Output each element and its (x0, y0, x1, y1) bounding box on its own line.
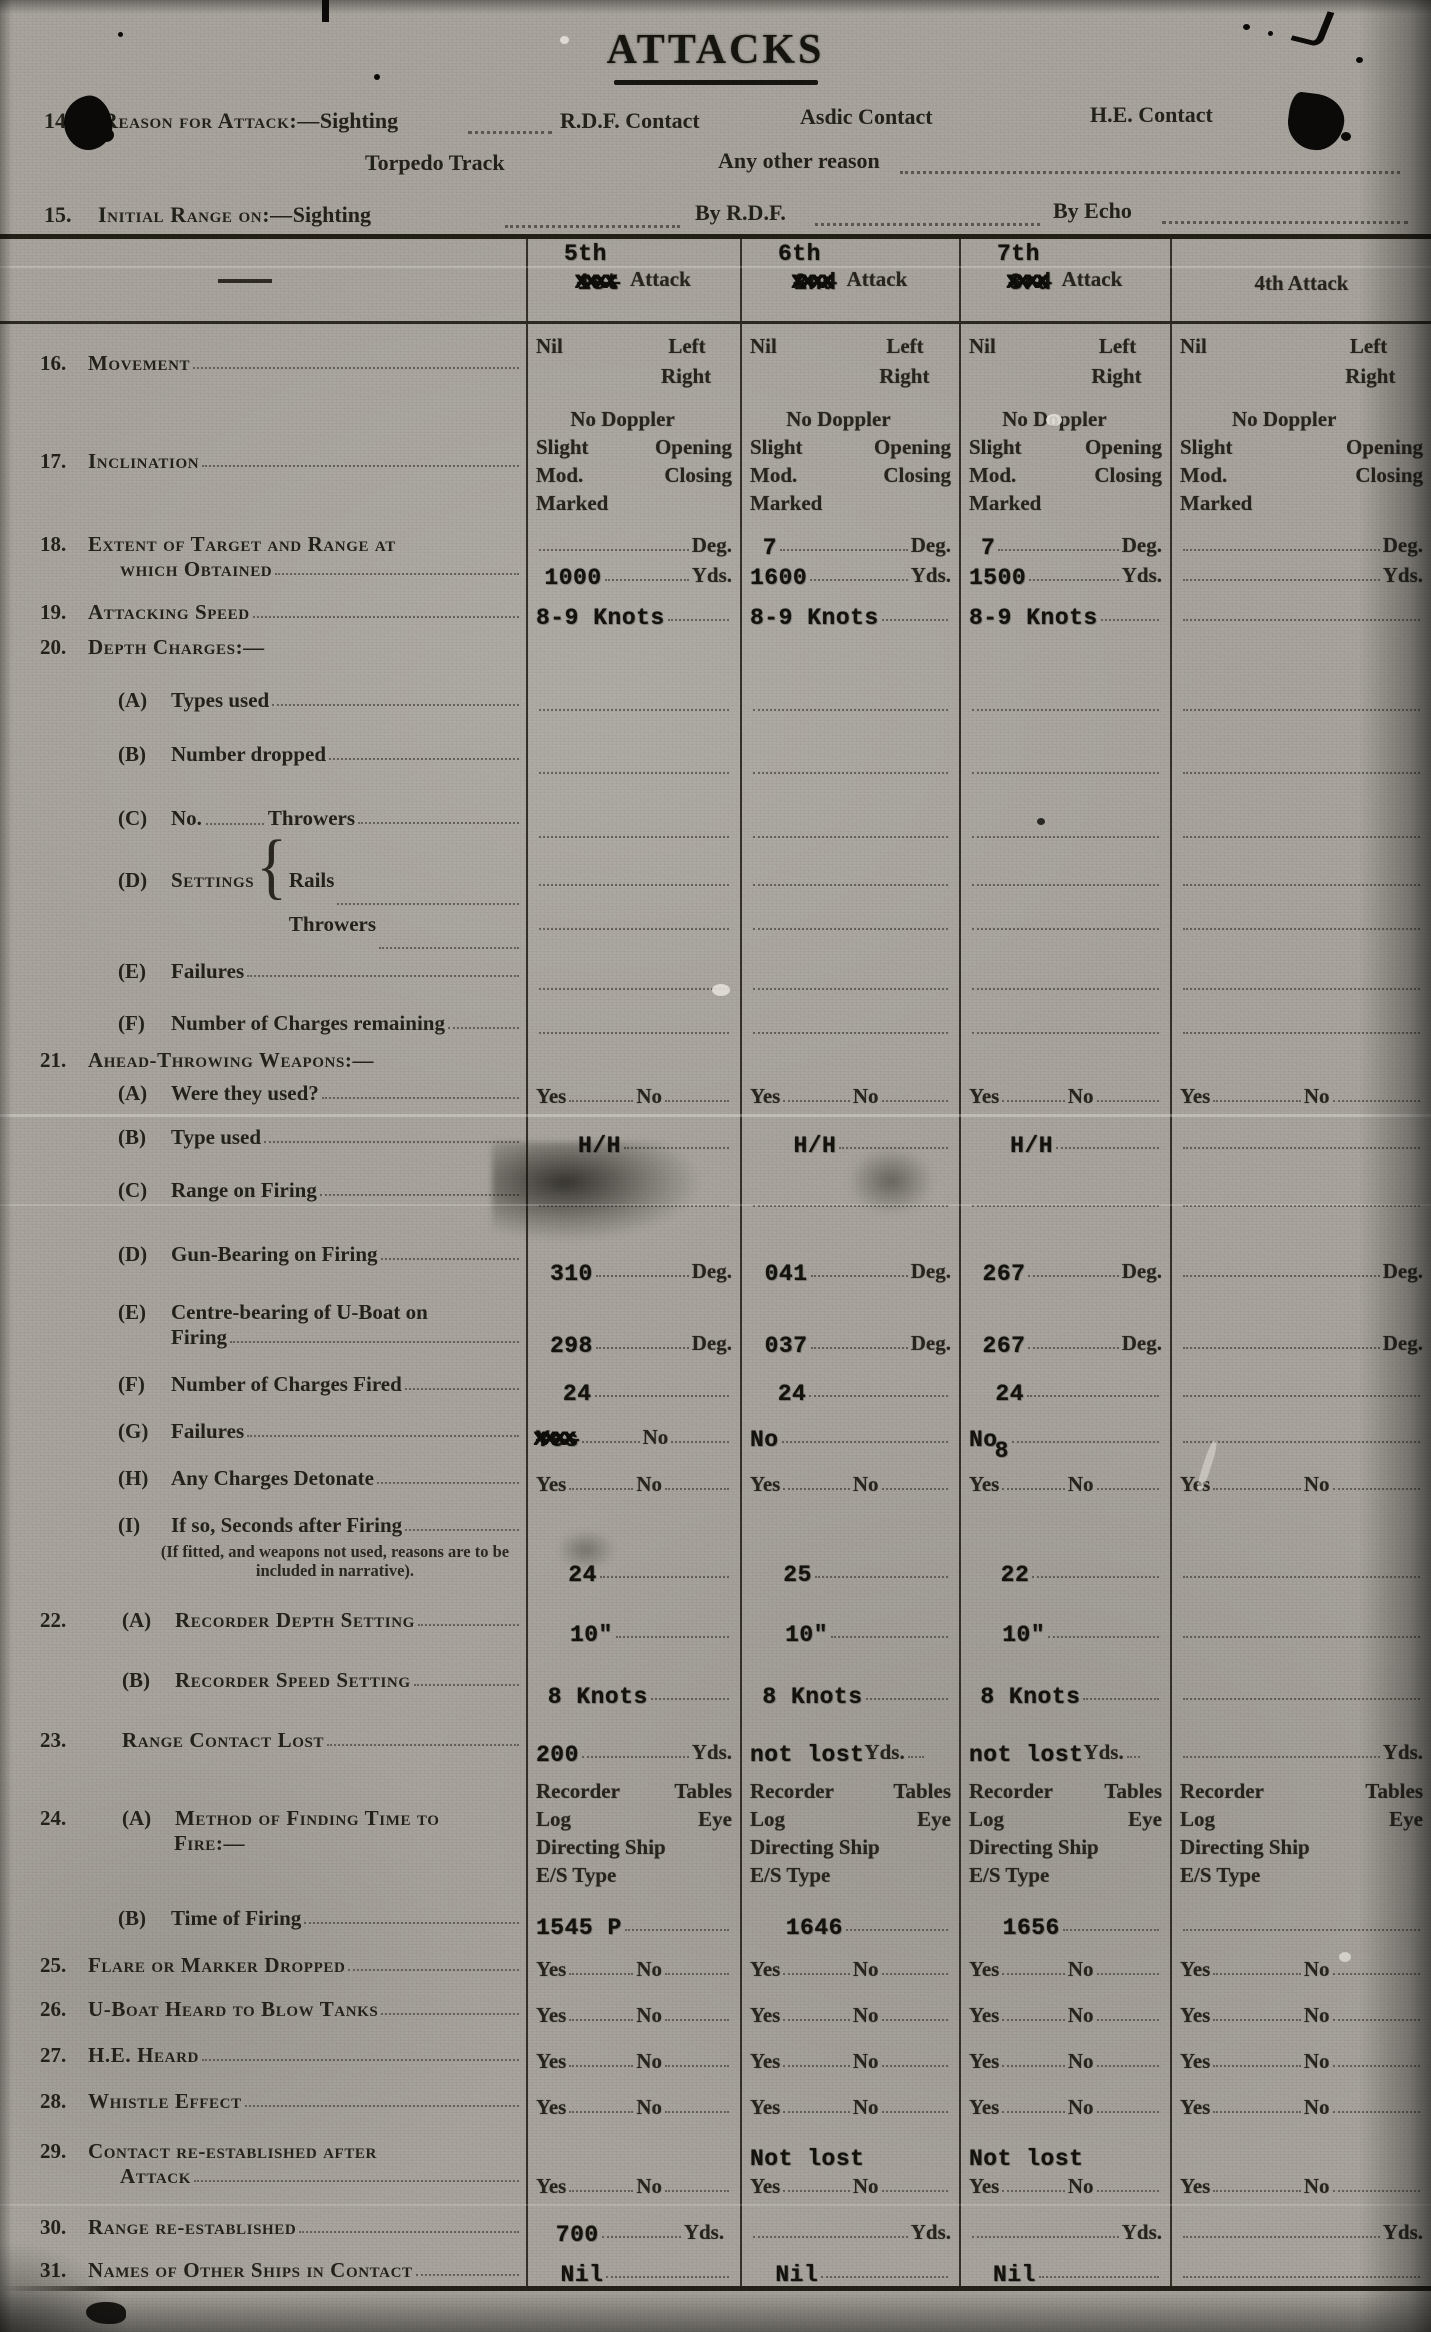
cell-line: NilLeft (1172, 329, 1431, 359)
table-bottom-border (0, 2286, 1431, 2291)
dotted-leader (1333, 1972, 1421, 1975)
dotted-leader (247, 1434, 519, 1437)
dotted-leader (1333, 2189, 1421, 2192)
cell-21i-col2: 25 (740, 1500, 959, 1588)
printed-option: Yes (750, 2049, 780, 2074)
label-line: (A)Were they used? (118, 1081, 522, 1106)
label-text: Types used (171, 688, 269, 713)
typed-value: 310 (550, 1261, 593, 1287)
row-label: 25.Flare or Marker Dropped (0, 1941, 526, 1985)
dotted-leader (245, 2104, 519, 2107)
form-row-s21: 21.Ahead-Throwing Weapons:— (0, 1044, 1431, 1072)
dotted-leader (416, 2273, 519, 2276)
typed-value: 24 (995, 1381, 1024, 1407)
cell-line (1172, 1374, 1431, 1404)
typed-value: 24 (778, 1381, 807, 1407)
label-text: H.E. Heard (88, 2043, 199, 2068)
printed-option: Directing Ship (969, 1835, 1099, 1860)
dotted-leader (972, 1031, 1159, 1034)
cell-18-col2: 7Deg.1600Yds. (740, 519, 959, 591)
cell-line: YesNo (742, 2169, 959, 2199)
cell-17-col4: No DopplerSlightOpeningMod.ClosingMarked (1170, 400, 1431, 520)
printed-option: No (636, 1472, 662, 1497)
dotted-leader (539, 548, 689, 551)
cell-line: Mod.Closing (528, 460, 740, 488)
cell-line: YesNo (742, 2044, 959, 2074)
dotted-leader (1333, 1099, 1421, 1102)
dotted-leader (866, 1697, 949, 1700)
row-number: 31. (40, 2258, 88, 2283)
cell-line: H/H (742, 1126, 959, 1156)
dotted-leader (275, 572, 519, 575)
dotted-leader (815, 1575, 948, 1578)
dotted-leader (972, 708, 1159, 711)
typed-value: 6th (778, 241, 821, 267)
cell-line: Nil (528, 2255, 740, 2285)
label-text: Movement (88, 351, 190, 376)
cell-s21-col1 (526, 1044, 740, 1072)
row-letter: (A) (118, 1081, 171, 1106)
cell-line: Yds. (961, 2215, 1170, 2245)
cell-line: 8-9 Knots (742, 598, 959, 628)
printed-option: Slight (750, 435, 803, 460)
dotted-leader (1183, 771, 1420, 774)
cell-25-col1: YesNo (526, 1941, 740, 1985)
printed-option: Deg. (692, 1259, 732, 1284)
printed-option: No (643, 1425, 669, 1450)
dotted-leader (582, 1755, 689, 1758)
row-number: 20. (40, 635, 88, 660)
typed-value: 8 Knots (980, 1684, 1080, 1710)
cell-line: YesNo (742, 1952, 959, 1982)
printed-option: E/S Type (536, 1863, 616, 1888)
cell-line: SlightOpening (1172, 432, 1431, 460)
dotted-leader (753, 987, 948, 990)
printed-option: No (1068, 2095, 1094, 2120)
dotted-leader (320, 1193, 519, 1196)
dotted-leader (582, 1440, 640, 1443)
typed-value: 267 (983, 1261, 1026, 1287)
cell-21f-col2: 24 (740, 1359, 959, 1407)
printed-option: No (1068, 2003, 1094, 2028)
cell-27-col1: YesNo (526, 2031, 740, 2077)
cell-22a-col2: 10" (740, 1588, 959, 1648)
settings-item: Rails (289, 868, 522, 912)
cell-21f-col4 (1170, 1359, 1431, 1407)
label-text: Names of Other Ships in Contact (88, 2258, 413, 2283)
cell-line: No Doppler (1172, 405, 1431, 433)
row-label: (H)Any Charges Detonate (0, 1453, 526, 1501)
printed-option: Tables (893, 1779, 951, 1804)
cell-21b-col4 (1170, 1112, 1431, 1160)
printed-option: Deg. (692, 1331, 732, 1356)
cell-20e-col1 (526, 940, 740, 1000)
cell-30-col4: Yds. (1170, 2202, 1431, 2248)
dotted-leader (753, 835, 948, 838)
cell-line (742, 893, 959, 937)
label-line: (F)Number of Charges Fired (118, 1372, 522, 1397)
dotted-leader (569, 2018, 633, 2021)
dotted-leader (1183, 1346, 1380, 1349)
label-line: (D)Gun-Bearing on Firing (118, 1242, 522, 1267)
printed-option: No (636, 2095, 662, 2120)
row-label: 22.(A)Recorder Depth Setting (0, 1588, 526, 1648)
typed-value: 267 (983, 1333, 1026, 1359)
row-letter: (C) (118, 806, 171, 831)
cell-line: Right (1172, 359, 1431, 389)
label-text: Range Contact Lost (122, 1728, 324, 1753)
printed-option: Left (886, 334, 923, 359)
cell-line: LogEye (528, 1804, 740, 1832)
paper-speck (1339, 1952, 1351, 1962)
cell-line: YesNo (1172, 1952, 1431, 1982)
dotted-leader (1048, 1635, 1159, 1638)
dotted-leader (606, 2275, 729, 2278)
printed-option: Deg. (1122, 1259, 1162, 1284)
form-row-19: 19.Attacking Speed8-9 Knots8-9 Knots8-9 … (0, 591, 1431, 631)
dotted-leader (539, 883, 729, 886)
cell-line: 24 (742, 1374, 959, 1404)
cell-line (1172, 1126, 1431, 1156)
dotted-leader (882, 2189, 949, 2192)
cell-line: Mod.Closing (742, 460, 959, 488)
cell-25-col4: YesNo (1170, 1941, 1431, 1985)
printed-option: No (1068, 1957, 1094, 1982)
label-line: 27.H.E. Heard (40, 2043, 522, 2068)
cell-line (528, 815, 740, 845)
dotted-leader (1183, 578, 1380, 581)
cell-20f-col4 (1170, 1000, 1431, 1044)
cell-17-col2: No DopplerSlightOpeningMod.ClosingMarked (740, 400, 959, 520)
cell-line (742, 1184, 959, 1214)
cell-20f-col3 (959, 1000, 1170, 1044)
cell-23-col1: 200Yds. (526, 1710, 740, 1768)
cell-21c-col1 (526, 1159, 740, 1217)
cell-20a-col4 (1170, 677, 1431, 721)
typed-value: 10" (1002, 1622, 1045, 1648)
printed-option: No (853, 2095, 879, 2120)
printed-option: Attack (847, 267, 908, 292)
cell-22b-col3: 8 Knots (959, 1648, 1170, 1710)
cell-20a-col2 (740, 677, 959, 721)
label-text: Number of Charges remaining (171, 1011, 445, 1036)
dotted-leader (1097, 2018, 1160, 2021)
cell-27-col3: YesNo (959, 2031, 1170, 2077)
cell-25-col3: YesNo (959, 1941, 1170, 1985)
cell-28-col2: YesNo (740, 2077, 959, 2123)
form-row-25: 25.Flare or Marker DroppedYesNoYesNoYesN… (0, 1941, 1431, 1985)
ink-dot (1356, 57, 1363, 63)
printed-option: No (1304, 2095, 1330, 2120)
dotted-leader (405, 1387, 519, 1390)
cell-line: Marked (1172, 488, 1431, 516)
printed-option: Marked (1180, 491, 1252, 516)
row-number: 25. (40, 1953, 88, 1978)
dotted-leader (202, 2058, 519, 2061)
printed-option: Slight (1180, 435, 1233, 460)
column-header-4: 4th Attack (1170, 239, 1431, 321)
cell-line: 24 (528, 1555, 740, 1585)
dotted-leader (1097, 2064, 1160, 2067)
label-text: Settings (171, 868, 254, 893)
dotted-leader (539, 987, 729, 990)
printed-option: No (853, 1957, 879, 1982)
dotted-leader (1183, 2275, 1420, 2278)
cell-line (961, 751, 1170, 781)
cell-line: YesNo (961, 1952, 1170, 1982)
printed-option: Tables (1104, 1779, 1162, 1804)
label-text: Type used (171, 1125, 261, 1150)
dotted-leader (1333, 2064, 1421, 2067)
dotted-leader (783, 2064, 850, 2067)
printed-option: Yes (750, 1084, 780, 1109)
cell-line (528, 967, 740, 997)
typed-value: 10" (570, 1622, 613, 1648)
row-letter: (F) (118, 1011, 171, 1036)
typed-value: 1646 (786, 1915, 843, 1941)
printed-option: Yes (536, 2174, 566, 2199)
printed-option: Nil (1180, 334, 1207, 359)
typed-value: 298 (550, 1333, 593, 1359)
dotted-leader (1101, 618, 1159, 621)
form-row-21b: (B)Type usedH/HH/HH/H (0, 1112, 1431, 1160)
printed-option: Closing (883, 463, 951, 488)
label-line: 26.U-Boat Heard to Blow Tanks (40, 1997, 522, 2022)
cell-20d-col1 (526, 848, 740, 940)
typed-value: 041 (765, 1261, 808, 1287)
cell-line (961, 893, 1170, 937)
row-letter: (B) (118, 1906, 171, 1931)
printed-option: Deg. (1383, 1331, 1423, 1356)
cell-line: Yds. (1172, 1735, 1431, 1765)
row-letter: (B) (118, 742, 171, 767)
cell-20e-col2 (740, 940, 959, 1000)
label-text: Flare or Marker Dropped (88, 1953, 345, 1978)
printed-option: Yes (750, 2003, 780, 2028)
dotted-leader (783, 2189, 850, 2192)
row-label: (D)Gun-Bearing on Firing (0, 1217, 526, 1287)
label-line: (F)Number of Charges remaining (118, 1011, 522, 1036)
label-line: 20.Depth Charges:— (40, 635, 522, 660)
label-text: If so, Seconds after Firing (171, 1513, 402, 1538)
typed-value: H/H (793, 1133, 836, 1159)
row-label: 30.Range re-established (0, 2202, 526, 2248)
typed-value: 8 (995, 1438, 1009, 1464)
cell-line (1172, 849, 1431, 893)
cell-line: 8 Knots (528, 1677, 740, 1707)
label-line: 23.Range Contact Lost (40, 1728, 522, 1753)
q15-option-sighting: Sighting (293, 202, 371, 227)
row-label: (I)If so, Seconds after Firing(If fitted… (0, 1500, 526, 1588)
cell-line: 7Deg. (961, 528, 1170, 558)
label-text: which Obtained (120, 557, 272, 582)
dotted-leader (1333, 2018, 1421, 2021)
paper-speck (1046, 414, 1062, 426)
cell-line: NilLeft (742, 329, 959, 359)
printed-option: Eye (1128, 1807, 1162, 1832)
cell-21d-col2: 041Deg. (740, 1217, 959, 1287)
dotted-leader (1012, 1440, 1159, 1443)
row-letter: (G) (118, 1419, 171, 1444)
ink-dot (1243, 24, 1250, 30)
header-line: 1stAttack (528, 267, 740, 293)
dotted-leader (821, 2275, 948, 2278)
brace-glyph: { (256, 832, 287, 898)
printed-option: Yes (536, 1957, 566, 1982)
cell-line: E/S Type (961, 1860, 1170, 1888)
row-number: 28. (40, 2089, 88, 2114)
printed-option: No (1304, 2174, 1330, 2199)
cell-line: 8 Knots (742, 1677, 959, 1707)
printed-option: Yes (536, 2049, 566, 2074)
label-line: (G)Failures (118, 1419, 522, 1444)
cell-22b-col1: 8 Knots (526, 1648, 740, 1710)
cell-line: E/S Type (742, 1860, 959, 1888)
dotted-leader (539, 927, 729, 930)
typed-value: 7th (997, 241, 1040, 267)
printed-option: Deg. (1383, 1259, 1423, 1284)
cell-20b-col3 (959, 721, 1170, 785)
header-line: 2ndAttack (742, 267, 959, 293)
printed-option: Mod. (536, 463, 583, 488)
dotted-leader (602, 2235, 681, 2238)
form-row-18: 18.Extent of Target and Range atwhich Ob… (0, 519, 1431, 591)
typed-value: not lost (969, 1742, 1083, 1768)
printed-option: Recorder (969, 1779, 1053, 1804)
dotted-leader (1183, 1394, 1420, 1397)
printed-option: Opening (874, 435, 951, 460)
row-label: 26.U-Boat Heard to Blow Tanks (0, 1985, 526, 2031)
dotted-leader (569, 2110, 633, 2113)
typed-value: 10" (785, 1622, 828, 1648)
cell-21c-col2 (740, 1159, 959, 1217)
cell-line: YesNo (961, 2169, 1170, 2199)
row-label: 20.Depth Charges:— (0, 631, 526, 677)
printed-option: No (1304, 1957, 1330, 1982)
cell-line: 1545 P (528, 1908, 740, 1938)
cell-line: Marked (528, 488, 740, 516)
struck-ordinal: 2nd (794, 270, 837, 296)
cell-line (528, 751, 740, 781)
dotted-leader (1213, 2189, 1301, 2192)
q14-option-torpedo: Torpedo Track (365, 150, 505, 176)
printed-option: Log (969, 1807, 1004, 1832)
dotted-leader (972, 2235, 1119, 2238)
dotted-leader (753, 2235, 908, 2238)
header-line: 4th Attack (1172, 271, 1431, 296)
dotted-leader (1097, 2189, 1160, 2192)
q15-label: Initial Range on:—Sighting (98, 202, 371, 228)
dotted-leader (1213, 2018, 1301, 2021)
printed-option: No (636, 2174, 662, 2199)
cell-22a-col1: 10" (526, 1588, 740, 1648)
dotted-leader (815, 222, 1040, 226)
cell-line: 7Deg. (742, 528, 959, 558)
typed-value: 8-9 Knots (969, 605, 1098, 631)
dotted-leader (753, 883, 948, 886)
printed-option: Eye (1389, 1807, 1423, 1832)
typed-value: Not lost (969, 2146, 1083, 2172)
form-row-17: 17.InclinationNo DopplerSlightOpeningMod… (0, 400, 1431, 520)
printed-option: No Doppler (570, 407, 674, 432)
dotted-leader (1028, 1346, 1118, 1349)
row-number: 27. (40, 2043, 88, 2068)
cell-28-col4: YesNo (1170, 2077, 1431, 2123)
dotted-leader (202, 464, 519, 467)
column-header-2: 6th2ndAttack (740, 239, 959, 321)
printed-option: Yds. (1122, 563, 1162, 588)
cell-line: YesNo (1172, 1079, 1431, 1109)
cell-line: SlightOpening (528, 432, 740, 460)
printed-option: Deg. (692, 533, 732, 558)
printed-option: Yes (536, 1472, 566, 1497)
cell-21f-col3: 24 (959, 1359, 1170, 1407)
cell-line: 037Deg. (742, 1326, 959, 1356)
cell-21h-col1: YesNo (526, 1453, 740, 1501)
dotted-leader (1183, 1635, 1420, 1638)
printed-option: No (1068, 1472, 1094, 1497)
dotted-leader (1002, 2189, 1065, 2192)
cell-line: 25 (742, 1555, 959, 1585)
cell-21a-col3: YesNo (959, 1072, 1170, 1112)
dotted-leader (753, 708, 948, 711)
dotted-leader (1213, 1099, 1301, 1102)
printed-option: Yes (1180, 2049, 1210, 2074)
cell-21b-col2: H/H (740, 1112, 959, 1160)
dotted-leader (596, 1274, 689, 1277)
dotted-leader (1183, 1274, 1380, 1277)
printed-option: Yes (969, 2049, 999, 2074)
cell-20c-col3 (959, 784, 1170, 848)
row-number: 29. (40, 2139, 88, 2164)
cell-line: Yds. (742, 2215, 959, 2245)
label-line: 18.Extent of Target and Range at (40, 532, 522, 557)
dotted-leader (1333, 2110, 1421, 2113)
cell-21a-col1: YesNo (526, 1072, 740, 1112)
cell-line (1172, 598, 1431, 628)
dotted-leader (882, 1487, 949, 1490)
cell-21a-col2: YesNo (740, 1072, 959, 1112)
printed-option: Yes (536, 2095, 566, 2120)
cell-20b-col2 (740, 721, 959, 785)
label-line: 19.Attacking Speed (40, 600, 522, 625)
form-row-31: 31.Names of Other Ships in ContactNilNil… (0, 2248, 1431, 2288)
dotted-leader (783, 1972, 850, 1975)
dotted-leader (1183, 1697, 1420, 1700)
cell-20c-col1 (526, 784, 740, 848)
typed-value: 1500 (969, 565, 1026, 591)
cell-line: LogEye (961, 1804, 1170, 1832)
dotted-leader (539, 708, 729, 711)
row-label: (B)Type used (0, 1112, 526, 1160)
dotted-leader (418, 1623, 519, 1626)
row-letter: (A) (122, 1806, 175, 1831)
row-label: (B)Number dropped (0, 721, 526, 785)
dotted-leader (327, 1743, 519, 1746)
row-letter: (A) (122, 1608, 175, 1633)
attack-data-table: 5th1stAttack6th2ndAttack7th3rdAttack4th … (0, 234, 1431, 2288)
printed-option: Slight (536, 435, 589, 460)
ink-dot (1268, 31, 1273, 36)
cell-line: Mod.Closing (961, 460, 1170, 488)
cell-19-col1: 8-9 Knots (526, 591, 740, 631)
label-line: 22.(A)Recorder Depth Setting (40, 1608, 522, 1633)
typed-value: 25 (783, 1562, 812, 1588)
dotted-leader (882, 2018, 949, 2021)
cell-line (1172, 2255, 1431, 2285)
printed-option: Yds. (692, 563, 732, 588)
dotted-leader (1183, 883, 1420, 886)
